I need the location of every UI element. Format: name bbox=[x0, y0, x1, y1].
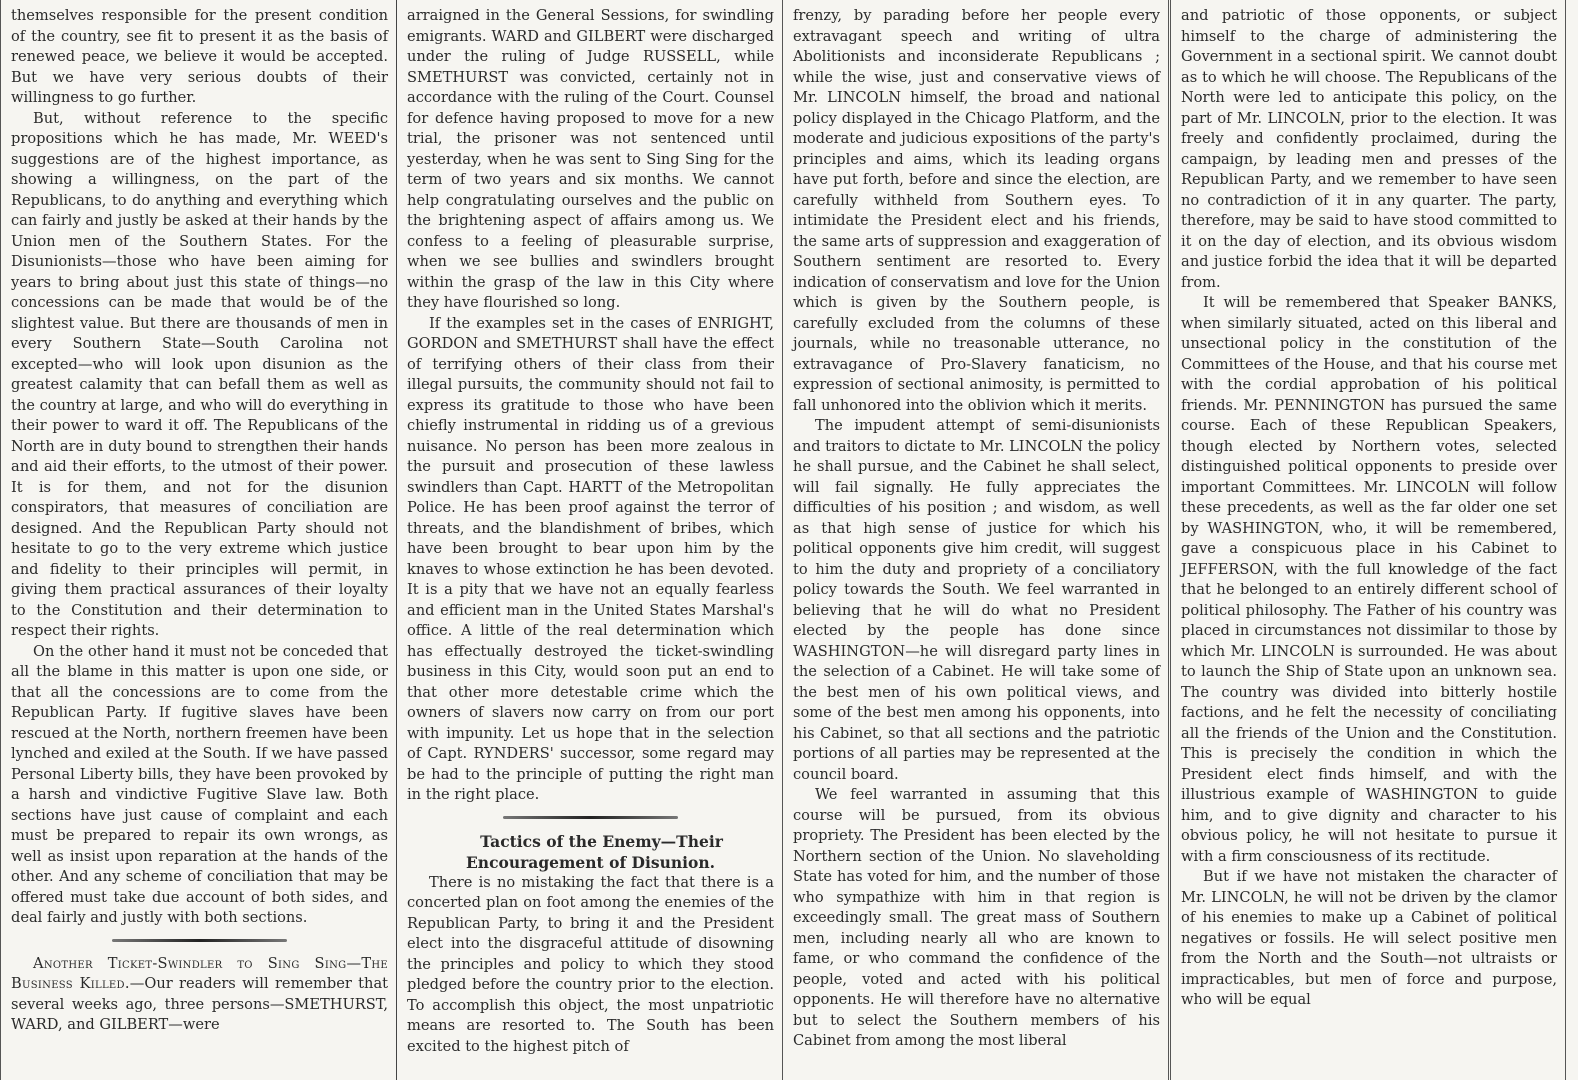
paragraph: and patriotic of those opponents, or sub… bbox=[1181, 6, 1557, 293]
paragraph: arraigned in the General Sessions, for s… bbox=[407, 6, 774, 314]
newspaper-page: themselves responsible for the present c… bbox=[0, 0, 1578, 1080]
paragraph: frenzy, by parading before her people ev… bbox=[793, 6, 1160, 416]
column-2: arraigned in the General Sessions, for s… bbox=[396, 0, 782, 1080]
paragraph: We feel warranted in assuming that this … bbox=[793, 785, 1160, 1052]
column-1: themselves responsible for the present c… bbox=[0, 0, 396, 1080]
section-divider bbox=[112, 939, 287, 942]
paragraph: On the other hand it must not be concede… bbox=[11, 642, 388, 929]
paragraph: But, without reference to the specific p… bbox=[11, 109, 388, 642]
paragraph: There is no mistaking the fact that ther… bbox=[407, 873, 774, 1058]
column-3: frenzy, by parading before her people ev… bbox=[782, 0, 1168, 1080]
paragraph: But if we have not mistaken the characte… bbox=[1181, 867, 1557, 1011]
article-ticket-swindler: Another Ticket-Swindler to Sing Sing—The… bbox=[11, 954, 388, 1036]
paragraph: themselves responsible for the present c… bbox=[11, 6, 388, 109]
paragraph: If the examples set in the cases of ENRI… bbox=[407, 314, 774, 806]
paragraph: It will be remembered that Speaker BANKS… bbox=[1181, 293, 1557, 867]
column-4: and patriotic of those opponents, or sub… bbox=[1168, 0, 1566, 1080]
section-divider bbox=[503, 816, 678, 819]
paragraph: The impudent attempt of semi-disunionist… bbox=[793, 416, 1160, 785]
article-headline-tactics: Tactics of the Enemy—Their Encouragement… bbox=[407, 831, 774, 873]
